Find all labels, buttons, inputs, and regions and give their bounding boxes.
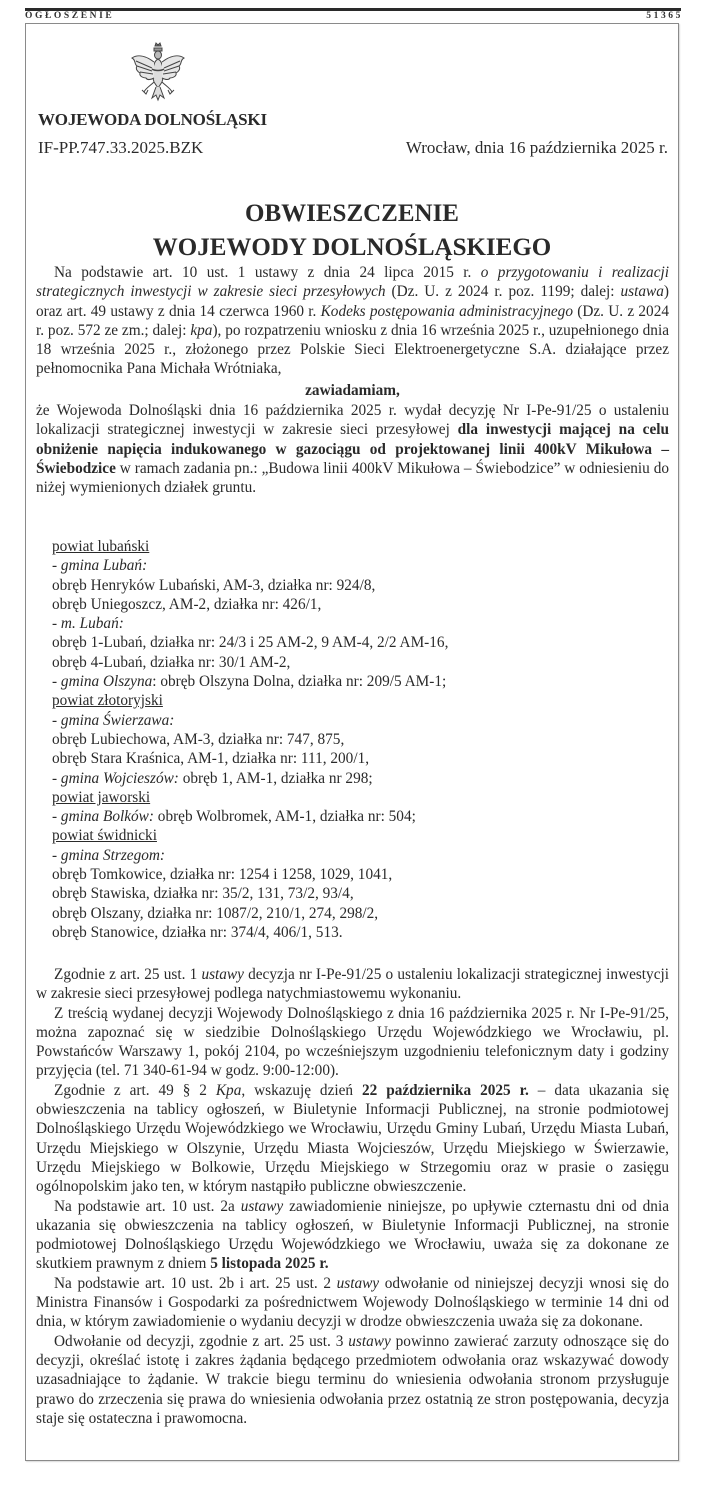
abbrev: Kpa: [216, 1082, 242, 1099]
paragraph-access-decision: Z treścią wydanej decyzji Wojewody Dolno…: [36, 1004, 669, 1081]
abbrev: ustawy: [201, 966, 244, 983]
gmina-entry: - gmina Lubań:: [52, 556, 652, 575]
parcel-details: : obręb Olszyna Dolna, działka nr: 209/5…: [152, 673, 446, 690]
title-line-1: OBWIESZCZENIE: [25, 197, 679, 231]
paragraph-appeal: Na podstawie art. 10 ust. 2b i art. 25 u…: [36, 1274, 669, 1332]
act-title: Kodeks postępowania administracyjnego: [321, 303, 573, 320]
parcel-entry: obręb 1-Lubań, działka nr: 24/3 i 25 AM-…: [52, 633, 652, 652]
text: Na podstawie art. 10 ust. 2b i art. 25 u…: [54, 1275, 337, 1292]
paragraph-effective-date: Na podstawie art. 10 ust. 2a ustawy zawi…: [36, 1197, 669, 1274]
powiat-heading: powiat jaworski: [52, 788, 652, 807]
text: , wskazuję dzień: [241, 1082, 362, 1099]
parcel-entry: obręb Henryków Lubański, AM-3, działka n…: [52, 576, 652, 595]
gmina-entry: - m. Lubań:: [52, 614, 652, 633]
powiat-heading: powiat świdnicki: [52, 826, 652, 845]
abbrev: ustawy: [241, 1198, 284, 1215]
parcel-entry: obręb Stawiska, działka nr: 35/2, 131, 7…: [52, 884, 652, 903]
gmina-name: - gmina Lubań:: [52, 557, 147, 574]
parcel-entry: obręb Stara Kraśnica, AM-1, działka nr: …: [52, 749, 652, 768]
text: Odwołanie od decyzji, zgodnie z art. 25 …: [54, 1333, 348, 1350]
page-number: 51365: [646, 11, 683, 21]
parcel-details: obręb Wolbromek, AM-1, działka nr: 504;: [154, 808, 416, 825]
gmina-name: - gmina Wojcieszów:: [52, 770, 179, 787]
gmina-entry: - gmina Bolków: obręb Wolbromek, AM-1, d…: [52, 807, 652, 826]
gmina-entry: - gmina Olszyna: obręb Olszyna Dolna, dz…: [52, 672, 652, 691]
title-line-2: WOJEWODY DOLNOŚLĄSKIEGO: [25, 231, 679, 265]
text: Na podstawie art. 10 ust. 2a: [54, 1198, 241, 1215]
abbrev: ustawy: [348, 1333, 391, 1350]
section-label: OGŁOSZENIE: [25, 11, 114, 21]
effective-date: 5 listopada 2025 r.: [210, 1255, 328, 1272]
abbrev: ustawa: [621, 283, 664, 300]
text: Zgodnie z art. 25 ust. 1: [54, 966, 201, 983]
gmina-name: - gmina Olszyna: [52, 673, 152, 690]
intro-paragraph: Na podstawie art. 10 ust. 1 ustawy z dni…: [36, 263, 669, 379]
gmina-name: - gmina Strzegom:: [52, 847, 165, 864]
decision-paragraph: że Wojewoda Dolnośląski dnia 16 paździer…: [36, 401, 669, 497]
powiat-heading: powiat lubański: [52, 537, 652, 556]
abbrev: ustawy: [337, 1275, 380, 1292]
gmina-entry: - gmina Świerzawa:: [52, 711, 652, 730]
document-title: OBWIESZCZENIE WOJEWODY DOLNOŚLĄSKIEGO: [25, 197, 679, 265]
parcel-entry: obręb Stanowice, działka nr: 374/4, 406/…: [52, 923, 652, 942]
reference-number: IF-PP.747.33.2025.BZK: [38, 138, 203, 158]
polish-eagle-emblem-icon: [128, 42, 188, 104]
paragraph-immediate-execution: Zgodnie z art. 25 ust. 1 ustawy decyzja …: [36, 965, 669, 1004]
paragraph-appeal-content: Odwołanie od decyzji, zgodnie z art. 25 …: [36, 1332, 669, 1428]
parcel-list: powiat lubański- gmina Lubań:obręb Henry…: [52, 537, 652, 942]
paragraph-publication-date: Zgodnie z art. 49 § 2 Kpa, wskazuję dzie…: [36, 1081, 669, 1197]
abbrev: kpa: [190, 322, 212, 339]
parcel-entry: obręb Uniegoszcz, AM-2, działka nr: 426/…: [52, 595, 652, 614]
parcel-entry: obręb Lubiechowa, AM-3, działka nr: 747,…: [52, 730, 652, 749]
issuer-name: WOJEWODA DOLNOŚLĄSKI: [38, 110, 267, 130]
text: Zgodnie z art. 49 § 2: [54, 1082, 216, 1099]
gmina-entry: - gmina Wojcieszów: obręb 1, AM-1, dział…: [52, 769, 652, 788]
gmina-name: - gmina Świerzawa:: [52, 712, 174, 729]
place-and-date: Wrocław, dnia 16 października 2025 r.: [406, 138, 668, 158]
gmina-entry: - gmina Strzegom:: [52, 846, 652, 865]
powiat-heading: powiat złotoryjski: [52, 691, 652, 710]
text: Na podstawie art. 10 ust. 1 ustawy z dni…: [54, 264, 481, 281]
notify-heading: zawiadamiam,: [36, 381, 669, 400]
parcel-details: obręb 1, AM-1, działka nr 298;: [179, 770, 373, 787]
body-section: Zgodnie z art. 25 ust. 1 ustawy decyzja …: [36, 965, 669, 1428]
gmina-name: - m. Lubań:: [52, 615, 124, 632]
parcel-entry: obręb Olszany, działka nr: 1087/2, 210/1…: [52, 904, 652, 923]
publication-date: 22 października 2025 r.: [362, 1082, 529, 1099]
parcel-entry: obręb Tomkowice, działka nr: 1254 i 1258…: [52, 865, 652, 884]
gmina-name: - gmina Bolków:: [52, 808, 154, 825]
running-head: OGŁOSZENIE 51365: [25, 11, 681, 23]
parcel-entry: obręb 4-Lubań, działka nr: 30/1 AM-2,: [52, 653, 652, 672]
text: (Dz. U. z 2024 r. poz. 1199; dalej:: [386, 283, 621, 300]
text: Z treścią wydanej decyzji Wojewody Dolno…: [36, 1005, 669, 1080]
text: w ramach zadania pn.: „Budowa linii 400k…: [36, 460, 669, 496]
intro-section: Na podstawie art. 10 ust. 1 ustawy z dni…: [36, 263, 669, 498]
